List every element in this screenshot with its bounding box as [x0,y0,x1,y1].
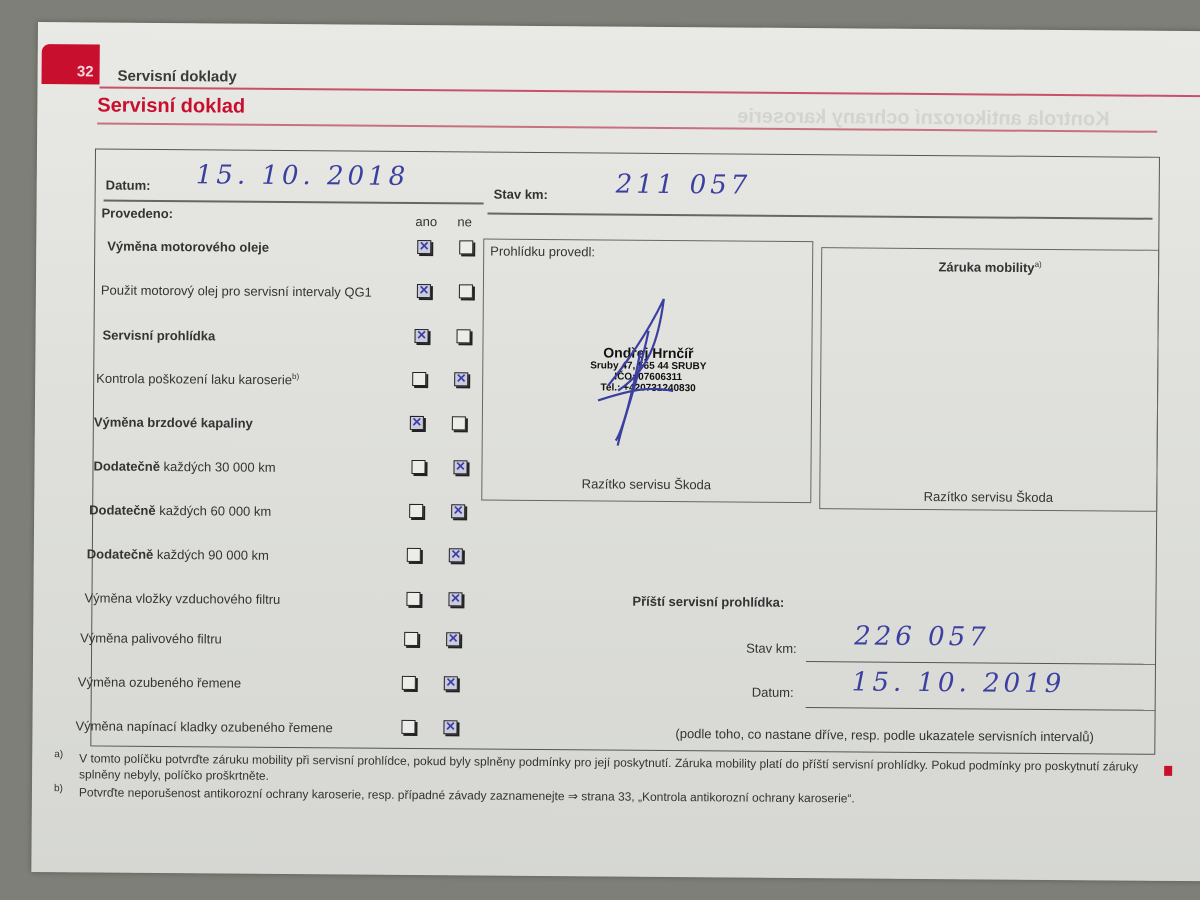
checklist-label: Výměna vložky vzduchového filtru [84,590,280,607]
checkbox-ano[interactable]: × [410,416,424,430]
next-date-rule [806,707,1156,711]
checkbox-ne[interactable]: × [453,460,467,474]
date-label: Datum: [106,178,151,193]
checklist-row: Výměna brzdové kapaliny× [94,411,494,438]
odometer-value[interactable]: 211 057 [616,170,752,201]
checkbox-ne[interactable] [456,329,470,343]
checklist-label: Dodatečně každých 90 000 km [87,546,269,562]
checkbox-ne[interactable] [459,240,473,254]
page-title: Servisní doklad [97,94,245,118]
page-number: 32 [77,63,94,80]
no-column-label: ne [457,214,472,229]
checkbox-ano[interactable] [409,504,423,518]
checkbox-ano[interactable] [406,592,420,606]
checkbox-ano[interactable] [401,720,415,734]
checklist-label: Výměna napínací kladky ozubeného řemene [75,718,332,735]
checklist-label: Použit motorový olej pro servisní interv… [101,283,372,300]
next-date-value[interactable]: 15. 10. 2019 [852,667,1066,699]
checklist: Výměna motorového oleje×Použit motorový … [96,149,1159,157]
next-odometer-value[interactable]: 226 057 [854,621,990,652]
checklist-row: Dodatečně každých 60 000 km× [93,499,493,526]
checkbox-ne[interactable]: × [449,548,463,562]
checkbox-ano[interactable] [411,460,425,474]
checkbox-ano[interactable]: × [417,284,431,298]
odometer-rule [488,213,1153,220]
checklist-row: Dodatečně každých 30 000 km× [93,455,493,482]
mobility-label: Záruka mobilitya) [822,258,1158,276]
checkbox-ano[interactable] [407,548,421,562]
inspection-stamp-box: Prohlídku provedl: Ondřej Hrnčíř Sruby 4… [481,239,813,504]
odometer-label: Stav km: [494,187,548,202]
checklist-label: Výměna motorového oleje [107,239,269,255]
checklist-label: Výměna brzdové kapaliny [94,414,253,430]
next-odometer-label: Stav km: [746,641,797,656]
checklist-row: Výměna napínací kladky ozubeného řemene× [91,715,491,742]
checklist-label: Dodatečně každých 60 000 km [89,502,271,518]
checklist-row: Výměna ozubeného řemene× [92,671,492,698]
checklist-label: Výměna palivového filtru [80,630,222,646]
checkbox-ano[interactable]: × [414,329,428,343]
checkbox-ne[interactable] [459,284,473,298]
yes-column-label: ano [415,214,437,229]
signature [578,290,689,451]
checkbox-ne[interactable] [452,416,466,430]
mobility-caption: Razítko servisu Škoda [820,488,1156,506]
checklist-label: Výměna ozubeného řemene [78,674,241,690]
footnotes: a)V tomto políčku potvrďte záruku mobili… [54,750,1174,811]
page-number-tab: 32 [42,44,100,84]
inspection-label: Prohlídku provedl: [490,244,595,260]
date-rule [104,200,484,205]
performed-label: Provedeno: [101,206,173,222]
checkbox-ne[interactable]: × [451,504,465,518]
checkbox-ne[interactable]: × [443,720,457,734]
checklist-row: Výměna palivového filtru× [92,627,492,654]
header-rule [99,86,1200,97]
checkbox-ano[interactable] [402,676,416,690]
service-record-page: Kontrola antikorozní ochrany karoserie 3… [31,22,1200,881]
checkbox-ne[interactable]: × [454,372,468,386]
next-odometer-rule [806,661,1156,665]
next-date-label: Datum: [752,685,794,700]
next-service-note: (podle toho, co nastane dříve, resp. pod… [675,726,1094,744]
checkbox-ne[interactable]: × [446,632,460,646]
checklist-row: Výměna vložky vzduchového filtru× [92,587,492,614]
checklist-row: Použit motorový olej pro servisní interv… [95,279,495,306]
checkbox-ano[interactable] [412,372,426,386]
checklist-row: Dodatečně každých 90 000 km× [93,543,493,570]
checkbox-ano[interactable]: × [417,240,431,254]
checklist-row: Servisní prohlídka× [94,324,494,351]
checkbox-ano[interactable] [404,632,418,646]
date-value[interactable]: 15. 10. 2018 [196,160,410,192]
service-form: Datum: 15. 10. 2018 Stav km: 211 057 Pro… [90,148,1160,754]
checklist-row: Výměna motorového oleje× [95,235,495,262]
checklist-label: Dodatečně každých 30 000 km [93,458,275,474]
checklist-label: Kontrola poškození laku karoserieb) [96,370,299,387]
checkbox-ne[interactable]: × [444,676,458,690]
running-head: Servisní doklady [118,68,237,86]
checkbox-ne[interactable]: × [448,592,462,606]
next-service-heading: Příští servisní prohlídka: [632,594,784,610]
checklist-label: Servisní prohlídka [102,328,215,344]
checklist-row: Kontrola poškození laku karoserieb)× [94,367,494,394]
mobility-stamp-box: Záruka mobilitya) Razítko servisu Škoda [819,247,1159,512]
inspection-caption: Razítko servisu Škoda [482,476,810,494]
